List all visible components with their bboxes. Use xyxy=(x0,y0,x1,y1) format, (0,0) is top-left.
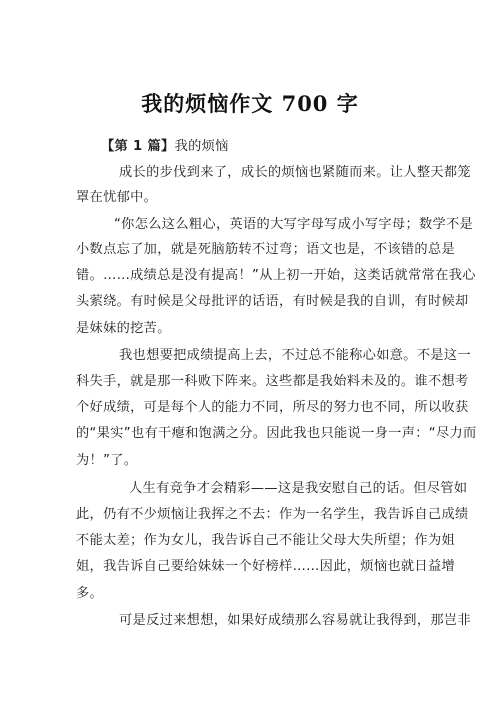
text-line: 人生有竞争才会精彩——这是我安慰自己的话。但尽管如 xyxy=(129,477,467,496)
text-line: 不能太差；作为女儿，我告诉自己不能让父母大失所望；作为姐 xyxy=(76,529,455,548)
text-line: 我也想要把成绩提高上去，不过总不能称心如意。不是这一 xyxy=(119,344,471,363)
text-line: “你怎么这么粗心，英语的大写字母写成小写字母；数学不是 xyxy=(114,213,473,232)
text-line: 此，仍有不少烦恼让我挥之不去：作为一名学生，我告诉自己成绩 xyxy=(76,503,469,522)
text-line: 可是反过来想想，如果好成绩那么容易就让我得到，那岂非 xyxy=(119,609,471,628)
document-title: 我的烦恼作文 700 字 xyxy=(0,88,500,118)
text-line: 个好成绩，可是每个人的能力不同，所尽的努力也不同，所以收获 xyxy=(76,396,469,415)
section-heading-text: 我的烦恼 xyxy=(175,139,229,154)
document-page: 我的烦恼作文 700 字 【第 1 篇】我的烦恼 成长的步伐到来了，成长的烦恼也… xyxy=(0,0,500,707)
text-line: 姐，我告诉自己要给妹妹一个好榜样……因此，烦恼也就日益增 xyxy=(76,555,455,574)
text-line: 罩在忧郁中。 xyxy=(76,186,157,205)
text-line: 的“果实”也有干瘪和饱满之分。因此我也只能说一身一声：“尽力而 xyxy=(76,422,477,441)
text-line: 小数点忘了加，就是死脑筋转不过弯；语文也是，不该错的总是 xyxy=(76,238,455,257)
text-line: 为！”了。 xyxy=(76,449,137,468)
text-line: 头萦绕。有时候是父母批评的话语，有时候是我的自训，有时候却 xyxy=(76,290,469,309)
text-line: 科失手，就是那一科败下阵来。这些都是我始料未及的。谁不想考 xyxy=(76,370,469,389)
text-line: 错。……成绩总是没有提高！”从上初一开始，这类话就常常在我心 xyxy=(76,264,476,283)
text-line: 是妹妹的挖苦。 xyxy=(76,317,171,336)
section-heading: 【第 1 篇】我的烦恼 xyxy=(101,135,229,154)
text-line: 成长的步伐到来了，成长的烦恼也紧随而来。让人整天都笼 xyxy=(119,161,471,180)
section-heading-prefix: 【第 1 篇】 xyxy=(101,139,175,154)
text-line: 多。 xyxy=(76,582,103,601)
